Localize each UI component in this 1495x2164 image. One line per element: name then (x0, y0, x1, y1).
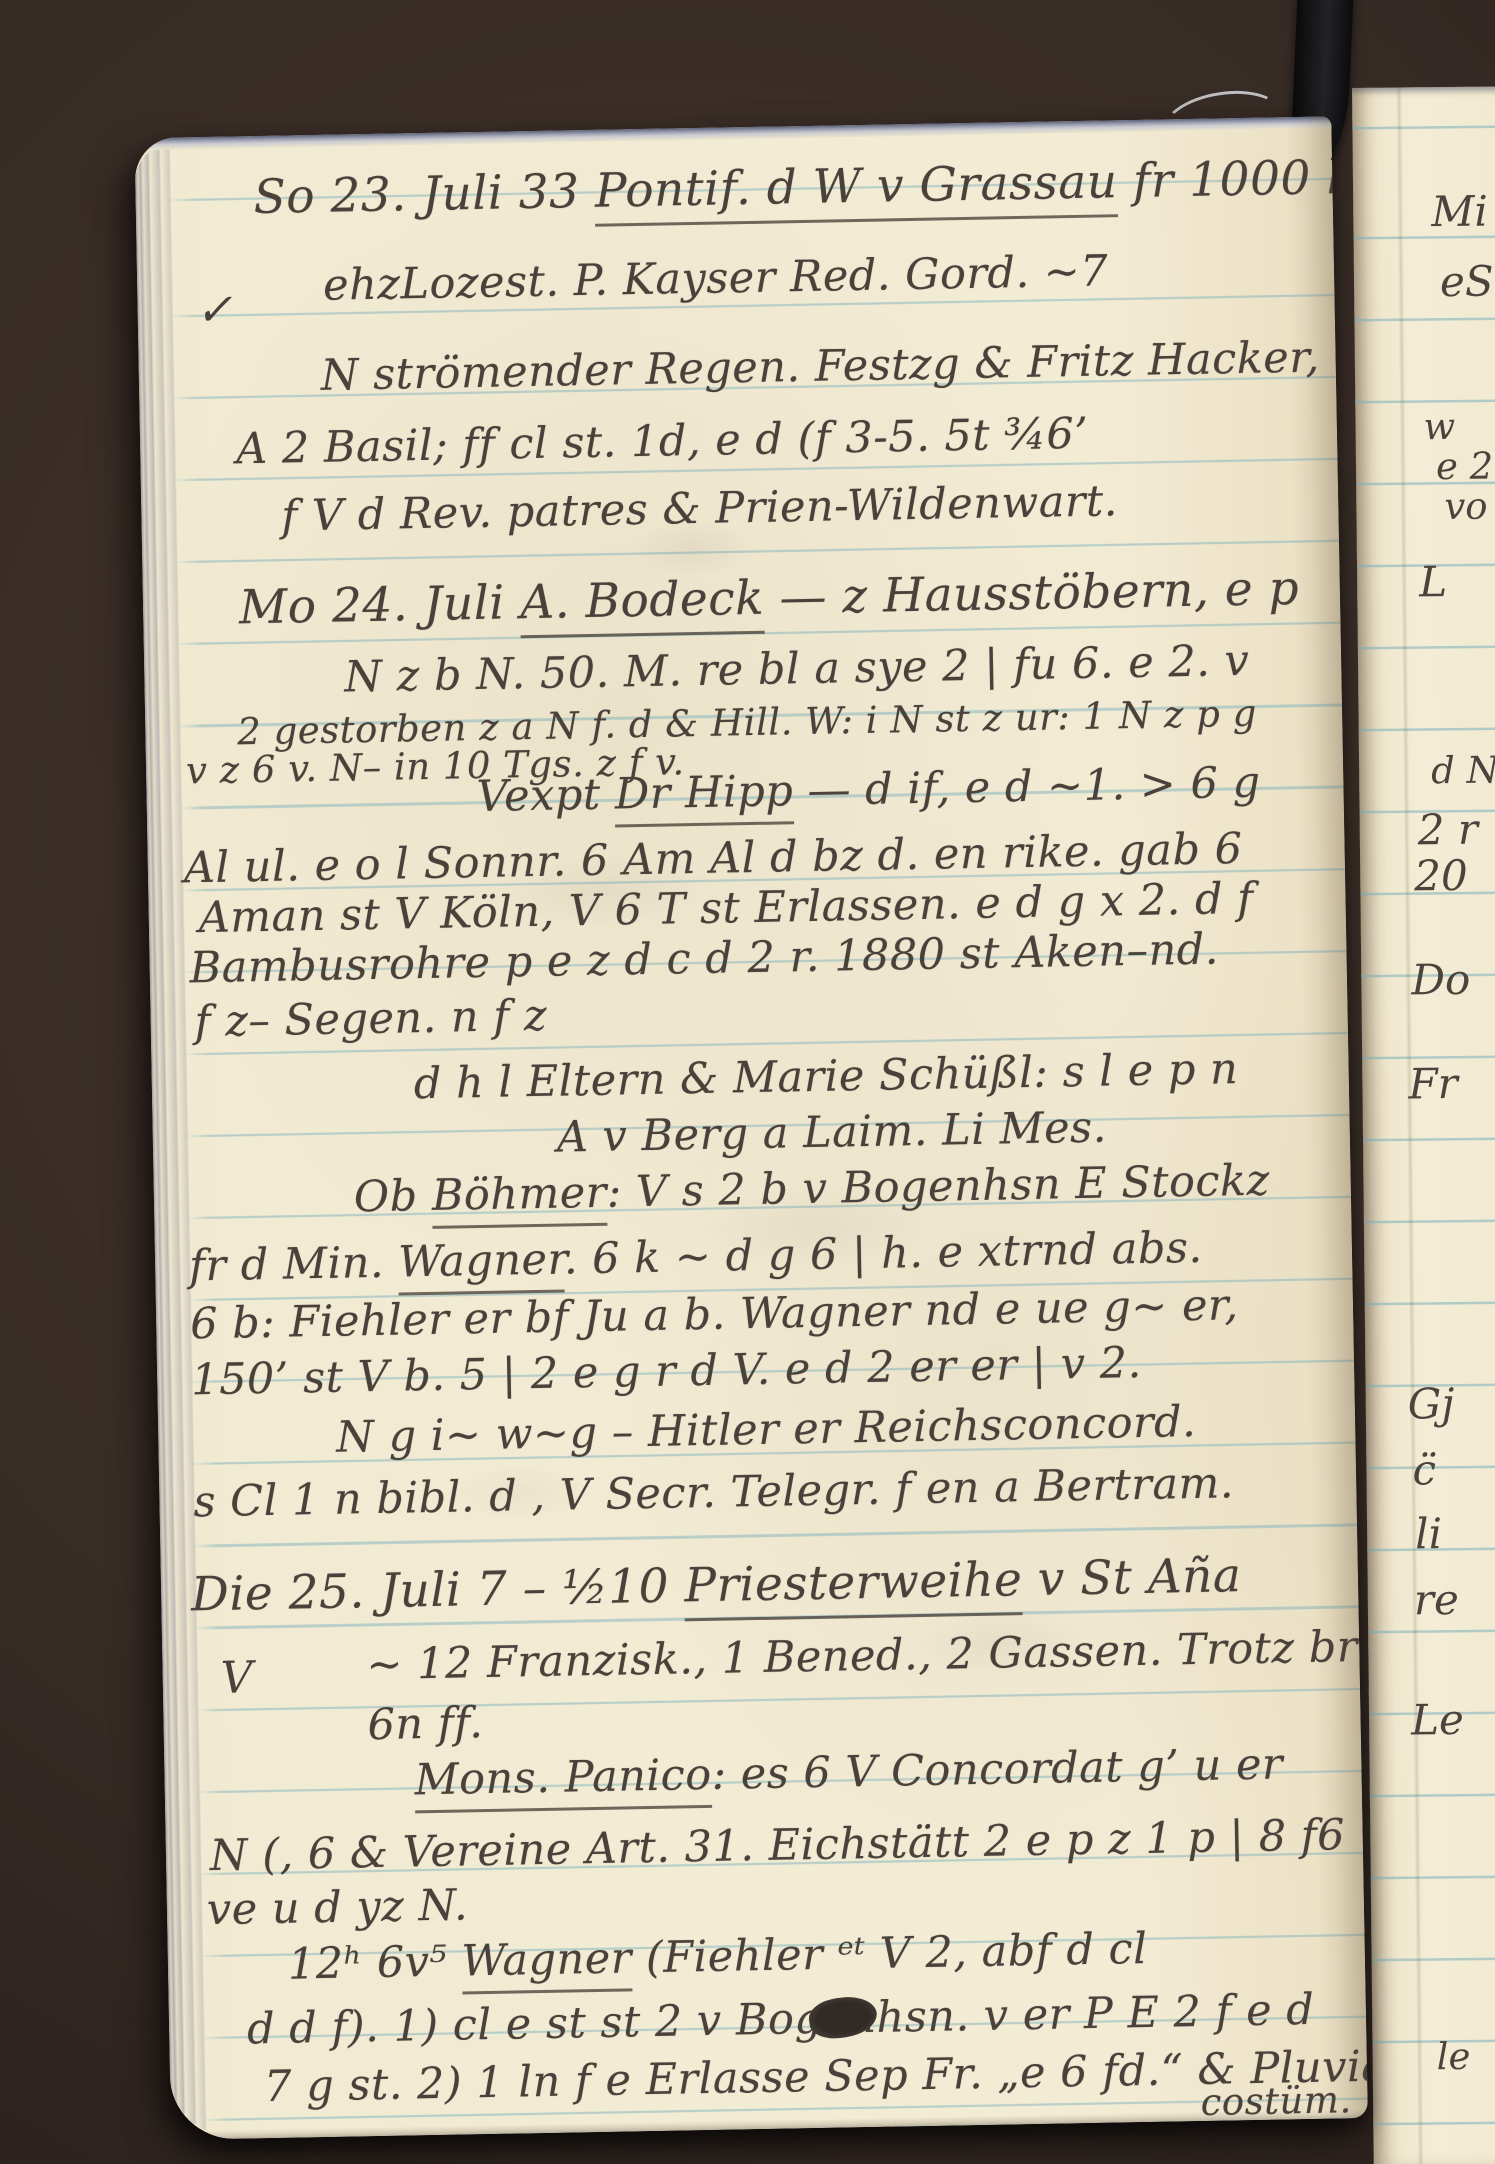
photo-background: Mi eS w e 2 vo L d N 2 r 20 Do Fr Gj c̈ … (0, 0, 1495, 2164)
diary-line: 6n ff. (367, 1698, 484, 1750)
next-page-text-fragment: d N (1431, 748, 1495, 792)
date-heading: Die 25. Juli 7 – ½10 (191, 1558, 685, 1622)
next-page-text-fragment: re (1414, 1575, 1459, 1624)
next-page-text-fragment: vo (1444, 485, 1488, 528)
diary-line: costüm. (1200, 2078, 1352, 2124)
next-page-text-fragment: 2 r (1418, 805, 1479, 855)
checkmark: ✓ (195, 284, 233, 336)
checkmark: V (220, 1652, 253, 1704)
next-page-text-fragment: li (1415, 1509, 1442, 1558)
next-page-text-fragment: le (1436, 2035, 1470, 2078)
diary-line: A v Berg a Laim. Li Mes. (556, 1103, 1107, 1163)
next-page-edge: Mi eS w e 2 vo L d N 2 r 20 Do Fr Gj c̈ … (1352, 87, 1495, 2164)
ruled-lines (1352, 87, 1495, 2164)
underlined-name: Wagner (398, 1235, 565, 1296)
next-page-text-fragment: Fr (1408, 1059, 1458, 1109)
underlined-title: Pontif. d W v Grassau (594, 154, 1118, 227)
underlined-name: Böhmer (431, 1168, 607, 1229)
next-page-text-fragment: w (1423, 405, 1455, 448)
notebook-page: So 23. Juli 33 Pontif. d W v Grassau fr … (134, 116, 1367, 2140)
date-heading: Mo 24. Juli (239, 575, 521, 635)
next-page-text-fragment: Do (1411, 955, 1470, 1005)
next-page-text-fragment: Gj (1408, 1379, 1455, 1428)
underlined-name: Wagner (461, 1933, 632, 1994)
next-page-text-fragment: Mi (1431, 187, 1488, 237)
underlined-name: Mons. Panico (414, 1750, 712, 1813)
next-page-text-fragment: Le (1411, 1695, 1464, 1745)
diary-line: f z– Segen. n f z (194, 991, 547, 1047)
underlined-name: Dr Hipp (614, 766, 794, 827)
diary-line: ve u d yz N. (206, 1880, 468, 1935)
underlined-name: A. Bodeck (520, 571, 765, 638)
next-page-text-fragment: eS (1440, 257, 1494, 307)
date-heading: So 23. Juli 33 (253, 164, 595, 225)
next-page-text-fragment: c̈ (1412, 1445, 1436, 1494)
next-page-text-fragment: 20 (1414, 851, 1468, 901)
next-page-text-fragment: e 2 (1436, 445, 1494, 489)
underlined-title: Priesterweihe (684, 1552, 1023, 1621)
next-page-text-fragment: L (1419, 557, 1447, 606)
